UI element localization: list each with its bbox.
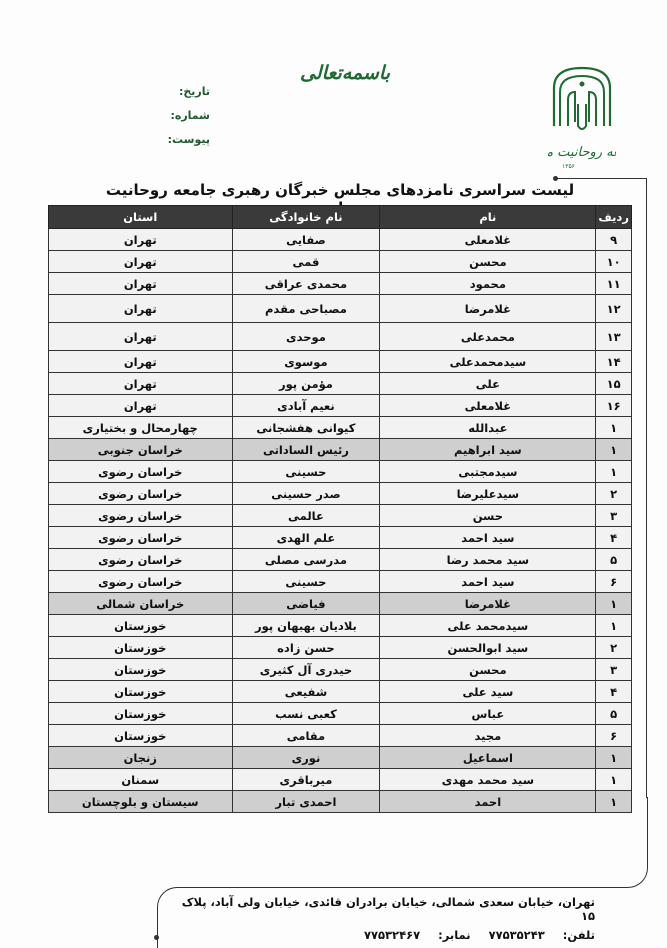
cell-name: سید ابوالحسن [380,637,596,659]
cell-province: خراسان رضوی [49,461,233,483]
cell-name: غلامرضا [380,593,596,615]
cell-family: مدرسی مصلی [232,549,380,571]
cell-family: حسینی [232,461,380,483]
cell-name: علی [380,373,596,395]
cell-index: ۱ [596,417,632,439]
cell-index: ۶ [596,571,632,593]
table-row: ۹غلامعلیصفاییتهران [49,229,632,251]
cell-province: تهران [49,395,233,417]
cell-index: ۱ [596,769,632,791]
cell-name: سید احمد [380,527,596,549]
cell-index: ۱ [596,593,632,615]
number-label: شماره: [150,104,210,128]
cell-province: خراسان رضوی [49,505,233,527]
candidates-table: ردیف نام نام خانوادگی استان ۹غلامعلیصفای… [48,205,632,813]
cell-index: ۳ [596,505,632,527]
cell-family: نوری [232,747,380,769]
cell-index: ۵ [596,703,632,725]
cell-name: محسن [380,251,596,273]
cell-family: میرباقری [232,769,380,791]
table-row: ۴سید احمدعلم الهدیخراسان رضوی [49,527,632,549]
cell-index: ۱ [596,461,632,483]
letter-meta: تاریخ: شماره: پیوست: [150,80,210,152]
cell-name: سیدمحمد علی [380,615,596,637]
table-row: ۱عبداللهکیوانی هفشجانیچهارمحال و بختیاری [49,417,632,439]
cell-index: ۱ [596,439,632,461]
cell-name: سید محمد مهدی [380,769,596,791]
cell-index: ۱۵ [596,373,632,395]
cell-name: احمد [380,791,596,813]
cell-family: مقامی [232,725,380,747]
table-row: ۱سید ابراهیمرئیس الساداتیخراسان جنوبی [49,439,632,461]
cell-index: ۱ [596,615,632,637]
cell-name: سیدمجتبی [380,461,596,483]
cell-name: حسن [380,505,596,527]
cell-province: خوزستان [49,703,233,725]
column-header-province: استان [49,206,233,229]
cell-family: حیدری آل کثیری [232,659,380,681]
cell-family: عالمی [232,505,380,527]
cell-province: چهارمحال و بختیاری [49,417,233,439]
cell-family: کیوانی هفشجانی [232,417,380,439]
cell-index: ۱۴ [596,351,632,373]
cell-province: تهران [49,295,233,323]
table-row: ۳حسنعالمیخراسان رضوی [49,505,632,527]
table-row: ۶سید احمدحسینیخراسان رضوی [49,571,632,593]
svg-text:۱۳۵۶: ۱۳۵۶ [562,163,575,170]
cell-index: ۵ [596,549,632,571]
cell-family: بلادیان بهبهان پور [232,615,380,637]
letterhead-page: جامعه روحانیت مبارز ۱۳۵۶ باسمه‌تعالی تار… [0,0,667,948]
cell-name: عبدالله [380,417,596,439]
footer-contact: تهران، خیابان سعدی شمالی، خیابان برادران… [175,895,595,942]
table-row: ۱۴سیدمحمدعلیموسویتهران [49,351,632,373]
cell-index: ۳ [596,659,632,681]
cell-province: خراسان رضوی [49,483,233,505]
cell-name: محسن [380,659,596,681]
cell-family: حسن زاده [232,637,380,659]
footer-phones: تلفن: ۷۷۵۳۵۲۴۳ نمابر: ۷۷۵۳۲۴۶۷ [175,928,595,942]
table-row: ۱۲غلامرضامصباحی مقدمتهران [49,295,632,323]
table-row: ۱احمداحمدی تبارسیستان و بلوچستان [49,791,632,813]
cell-family: رئیس الساداتی [232,439,380,461]
cell-index: ۱۶ [596,395,632,417]
frame-line-right [646,178,647,798]
cell-name: سیدمحمدعلی [380,351,596,373]
table-row: ۴سید علیشفیعیخوزستان [49,681,632,703]
cell-family: مصباحی مقدم [232,295,380,323]
basmala-heading: باسمه‌تعالی [290,62,400,84]
cell-province: سمنان [49,769,233,791]
cell-family: حسینی [232,571,380,593]
cell-name: غلامرضا [380,295,596,323]
cell-index: ۶ [596,725,632,747]
cell-name: غلامعلی [380,395,596,417]
phone-number: ۷۷۵۳۵۲۴۳ [489,928,545,942]
organization-logo-icon: جامعه روحانیت مبارز ۱۳۵۶ [548,64,616,174]
table-row: ۱سید محمد مهدیمیرباقریسمنان [49,769,632,791]
cell-province: خوزستان [49,725,233,747]
cell-name: مجید [380,725,596,747]
cell-name: سیدعلیرضا [380,483,596,505]
cell-province: خراسان جنوبی [49,439,233,461]
cell-index: ۱ [596,791,632,813]
table-row: ۶مجیدمقامیخوزستان [49,725,632,747]
cell-family: موحدی [232,323,380,351]
cell-province: خراسان رضوی [49,527,233,549]
phone-label: تلفن: [563,928,595,942]
table-row: ۱اسماعیلنوریزنجان [49,747,632,769]
cell-index: ۱۳ [596,323,632,351]
cell-province: خوزستان [49,615,233,637]
cell-family: کعبی نسب [232,703,380,725]
table-row: ۲سید ابوالحسنحسن زادهخوزستان [49,637,632,659]
cell-index: ۱۲ [596,295,632,323]
table-row: ۱سیدمجتبیحسینیخراسان رضوی [49,461,632,483]
table-row: ۱۰محسنقمیتهران [49,251,632,273]
cell-name: سید علی [380,681,596,703]
cell-index: ۲ [596,483,632,505]
cell-province: خراسان رضوی [49,549,233,571]
column-header-index: ردیف [596,206,632,229]
table-row: ۱۵علیمؤمن پورتهران [49,373,632,395]
cell-family: محمدی عراقی [232,273,380,295]
cell-family: صفایی [232,229,380,251]
cell-name: محمدعلی [380,323,596,351]
cell-province: خراسان رضوی [49,571,233,593]
cell-name: محمود [380,273,596,295]
table-row: ۱۶غلامعلینعیم آبادیتهران [49,395,632,417]
cell-province: خوزستان [49,681,233,703]
cell-province: خوزستان [49,659,233,681]
cell-province: سیستان و بلوچستان [49,791,233,813]
cell-province: تهران [49,273,233,295]
column-header-name: نام [380,206,596,229]
frame-line-top [556,178,647,179]
cell-family: موسوی [232,351,380,373]
cell-family: فیاضی [232,593,380,615]
svg-text:جامعه روحانیت مبارز: جامعه روحانیت مبارز [548,145,616,160]
date-label: تاریخ: [150,80,210,104]
cell-family: علم الهدی [232,527,380,549]
cell-index: ۴ [596,681,632,703]
cell-name: اسماعیل [380,747,596,769]
cell-family: صدر حسینی [232,483,380,505]
table-row: ۱۳محمدعلیموحدیتهران [49,323,632,351]
fax-label: نمابر: [438,928,470,942]
cell-name: عباس [380,703,596,725]
cell-province: خراسان شمالی [49,593,233,615]
cell-name: غلامعلی [380,229,596,251]
table-row: ۵سید محمد رضامدرسی مصلیخراسان رضوی [49,549,632,571]
footer-address: تهران، خیابان سعدی شمالی، خیابان برادران… [175,895,595,923]
cell-province: تهران [49,251,233,273]
table-row: ۵عباسکعبی نسبخوزستان [49,703,632,725]
cell-family: نعیم آبادی [232,395,380,417]
cell-province: تهران [49,373,233,395]
cell-family: احمدی تبار [232,791,380,813]
table-header-row: ردیف نام نام خانوادگی استان [49,206,632,229]
cell-index: ۲ [596,637,632,659]
table-row: ۱سیدمحمد علیبلادیان بهبهان پورخوزستان [49,615,632,637]
table-row: ۱غلامرضافیاضیخراسان شمالی [49,593,632,615]
cell-index: ۱ [596,747,632,769]
table-row: ۲سیدعلیرضاصدر حسینیخراسان رضوی [49,483,632,505]
cell-family: قمی [232,251,380,273]
cell-name: سید ابراهیم [380,439,596,461]
cell-index: ۱۱ [596,273,632,295]
cell-index: ۹ [596,229,632,251]
column-header-family: نام خانوادگی [232,206,380,229]
frame-dot-bottom [154,935,159,940]
fax-number: ۷۷۵۳۲۴۶۷ [364,928,420,942]
cell-province: زنجان [49,747,233,769]
cell-family: شفیعی [232,681,380,703]
cell-province: تهران [49,323,233,351]
cell-index: ۱۰ [596,251,632,273]
cell-index: ۴ [596,527,632,549]
table-row: ۱۱محمودمحمدی عراقیتهران [49,273,632,295]
cell-province: تهران [49,229,233,251]
cell-province: تهران [49,351,233,373]
cell-family: مؤمن پور [232,373,380,395]
cell-province: خوزستان [49,637,233,659]
cell-name: سید محمد رضا [380,549,596,571]
attachment-label: پیوست: [150,128,210,152]
table-row: ۳محسنحیدری آل کثیریخوزستان [49,659,632,681]
cell-name: سید احمد [380,571,596,593]
